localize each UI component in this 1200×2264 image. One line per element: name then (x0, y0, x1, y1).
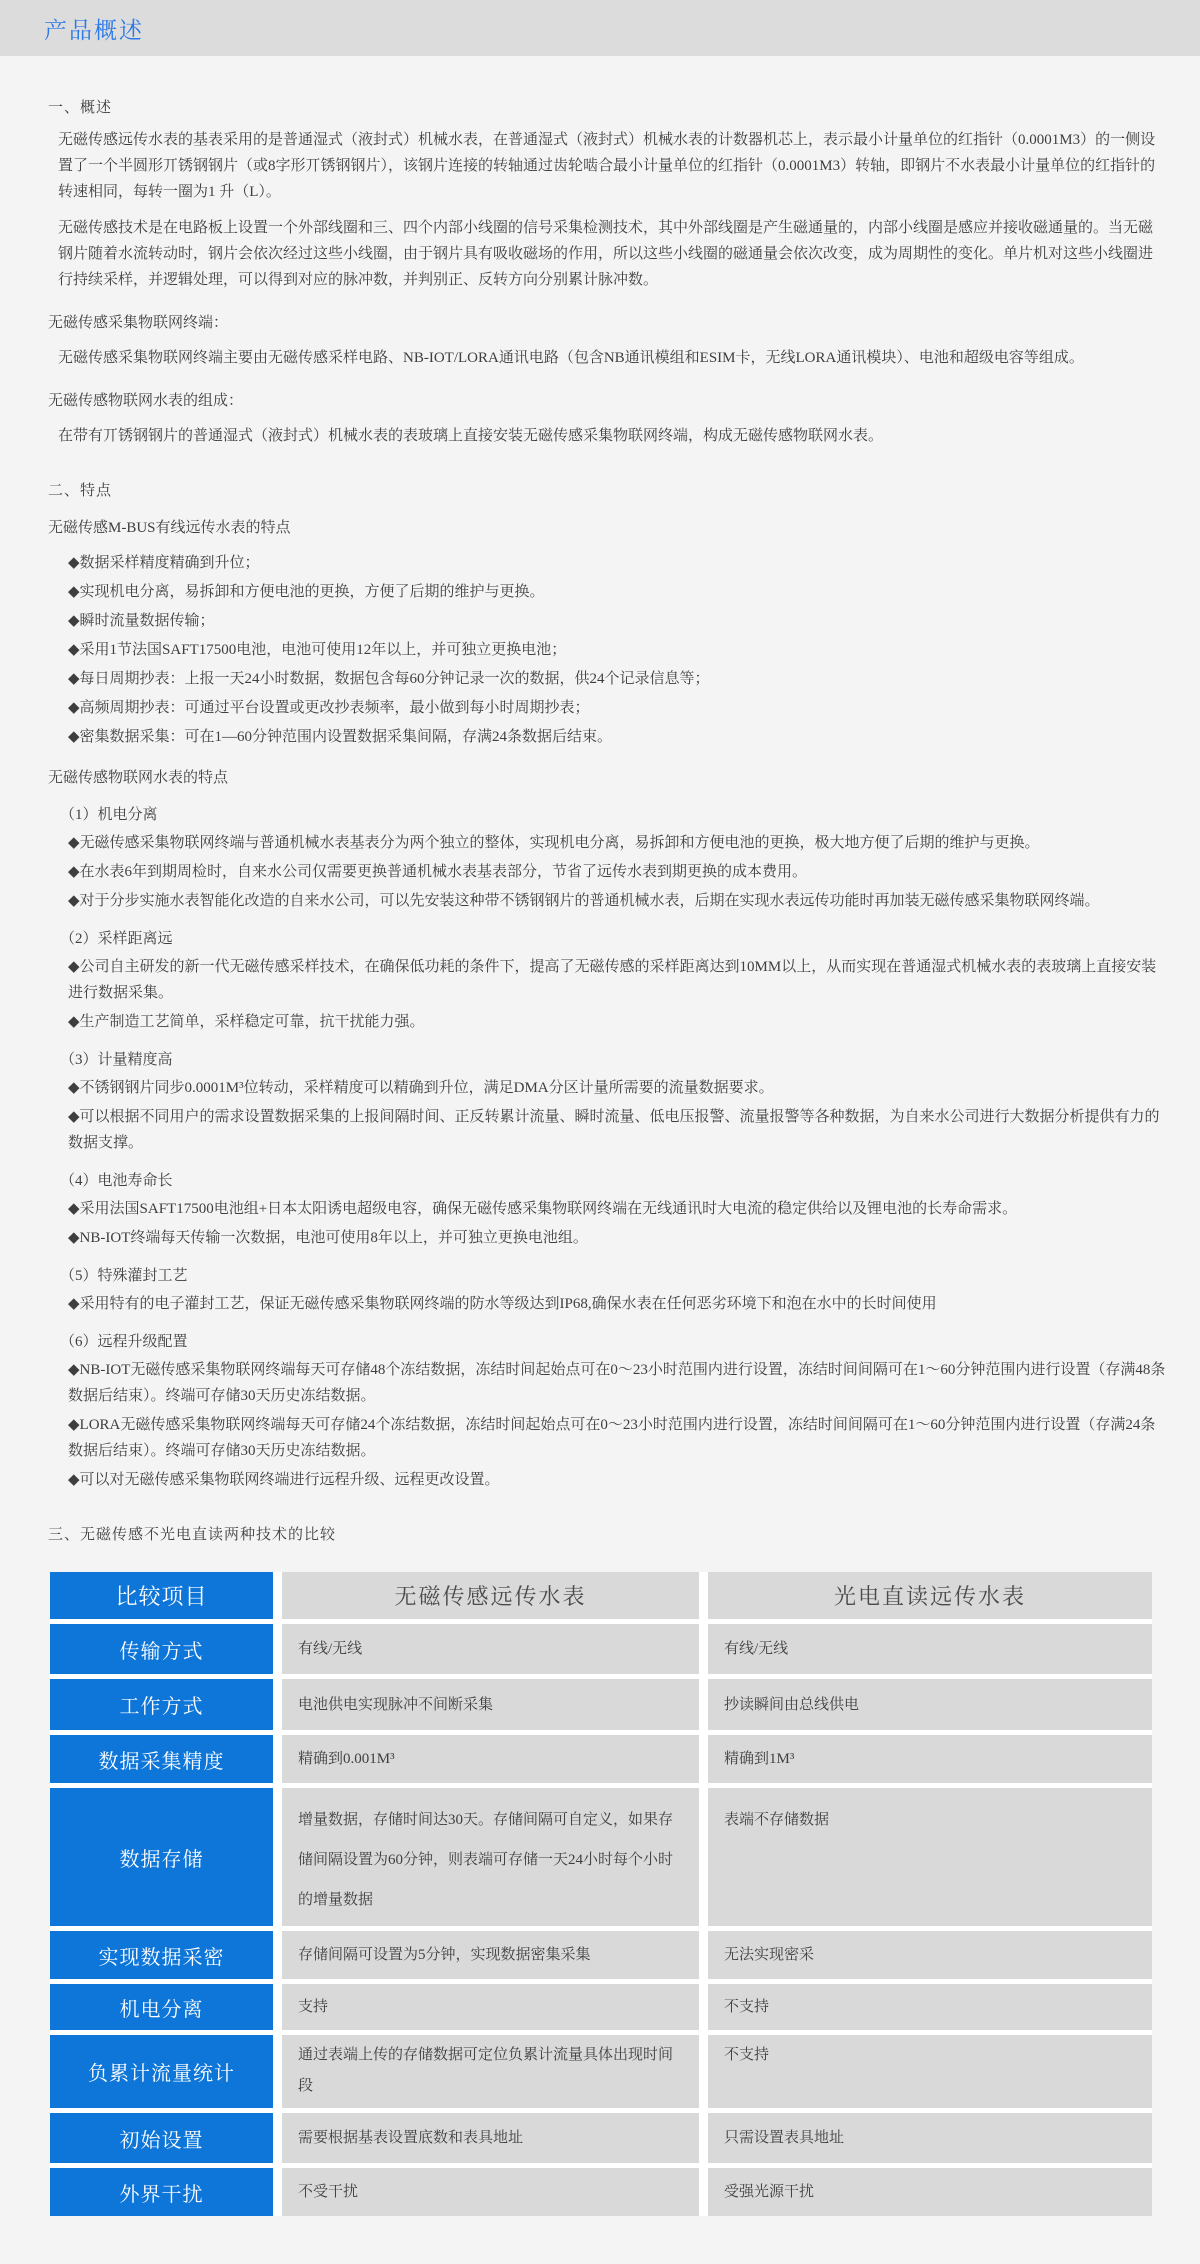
feature-bullet: ◆每日周期抄表：上报一天24小时数据，数据包含每60分钟记录一次的数据，供24个… (68, 666, 1166, 692)
row-cell-photoelectric: 抄读瞬间由总线供电 (708, 1679, 1152, 1730)
row-cell-magnetic: 支持 (282, 1984, 699, 2030)
row-cell-magnetic: 增量数据，存储时间达30天。存储间隔可自定义，如果存储间隔设置为60分钟，则表端… (282, 1788, 699, 1926)
terminal-label: 无磁传感采集物联网终端： (48, 311, 1166, 335)
iot-subtitle: 无磁传感物联网水表的特点 (48, 766, 1166, 790)
comparison-table: 比较项目 无磁传感远传水表 光电直读远传水表 传输方式 有线/无线 有线/无线 … (50, 1572, 1152, 2216)
feature-bullet: ◆密集数据采集：可在1—60分钟范围内设置数据采集间隔，存满24条数据后结束。 (68, 724, 1166, 750)
row-label: 数据采集精度 (50, 1735, 273, 1783)
mbus-subtitle: 无磁传感M-BUS有线远传水表的特点 (48, 516, 1166, 540)
row-label: 负累计流量统计 (50, 2035, 273, 2108)
table-row: 数据存储 增量数据，存储时间达30天。存储间隔可自定义，如果存储间隔设置为60分… (50, 1788, 1152, 1926)
feature-group-title: （3）计量精度高 (60, 1048, 1166, 1072)
feature-bullet: ◆高频周期抄表：可通过平台设置或更改抄表频率，最小做到每小时周期抄表； (68, 695, 1166, 721)
feature-bullet: ◆采用法国SAFT17500电池组+日本太阳诱电超级电容，确保无磁传感采集物联网… (68, 1196, 1166, 1222)
feature-group-title: （1）机电分离 (60, 803, 1166, 827)
row-cell-photoelectric: 精确到1M³ (708, 1735, 1152, 1783)
table-row: 初始设置 需要根据基表设置底数和表具地址 只需设置表具地址 (50, 2113, 1152, 2163)
feature-bullet: ◆在水表6年到期周检时，自来水公司仅需要更换普通机械水表基表部分，节省了远传水表… (68, 859, 1166, 885)
feature-group-title: （5）特殊灌封工艺 (60, 1264, 1166, 1288)
table-row: 实现数据采密 存储间隔可设置为5分钟，实现数据密集采集 无法实现密采 (50, 1931, 1152, 1979)
row-cell-photoelectric: 不支持 (708, 1984, 1152, 2030)
feature-bullet: ◆生产制造工艺简单，采样稳定可靠，抗干扰能力强。 (68, 1009, 1166, 1035)
overview-paragraph: 无磁传感技术是在电路板上设置一个外部线圈和三、四个内部小线圈的信号采集检测技术，… (58, 215, 1166, 293)
feature-bullet: ◆公司自主研发的新一代无磁传感采样技术，在确保低功耗的条件下，提高了无磁传感的采… (68, 954, 1166, 1006)
overview-paragraph: 无磁传感远传水表的基表采用的是普通湿式（液封式）机械水表，在普通湿式（液封式）机… (58, 127, 1166, 205)
table-row: 数据采集精度 精确到0.001M³ 精确到1M³ (50, 1735, 1152, 1783)
table-header-row: 比较项目 无磁传感远传水表 光电直读远传水表 (50, 1572, 1152, 1619)
composition-text: 在带有丌锈钢钢片的普通湿式（液封式）机械水表的表玻璃上直接安装无磁传感采集物联网… (58, 423, 1166, 449)
feature-group-title: （6）远程升级配置 (60, 1330, 1166, 1354)
feature-bullet: ◆数据采样精度精确到升位； (68, 550, 1166, 576)
table-row: 工作方式 电池供电实现脉冲不间断采集 抄读瞬间由总线供电 (50, 1679, 1152, 1730)
row-cell-magnetic: 需要根据基表设置底数和表具地址 (282, 2113, 699, 2163)
table-row: 传输方式 有线/无线 有线/无线 (50, 1624, 1152, 1674)
section-features: 二、特点 无磁传感M-BUS有线远传水表的特点 ◆数据采样精度精确到升位； ◆实… (48, 479, 1166, 1493)
feature-bullet: ◆采用特有的电子灌封工艺，保证无磁传感采集物联网终端的防水等级达到IP68,确保… (68, 1291, 1166, 1317)
row-cell-magnetic: 通过表端上传的存储数据可定位负累计流量具体出现时间段 (282, 2035, 699, 2108)
row-cell-photoelectric: 只需设置表具地址 (708, 2113, 1152, 2163)
feature-bullet: ◆采用1节法国SAFT17500电池，电池可使用12年以上，并可独立更换电池； (68, 637, 1166, 663)
document-body: 一、概述 无磁传感远传水表的基表采用的是普通湿式（液封式）机械水表，在普通湿式（… (0, 56, 1200, 2264)
page-header: 产品概述 (0, 0, 1200, 56)
row-cell-magnetic: 电池供电实现脉冲不间断采集 (282, 1679, 699, 1730)
row-cell-photoelectric: 不支持 (708, 2035, 1152, 2108)
feature-bullet: ◆NB-IOT终端每天传输一次数据，电池可使用8年以上，并可独立更换电池组。 (68, 1225, 1166, 1251)
table-header-photoelectric: 光电直读远传水表 (708, 1572, 1152, 1619)
table-row: 机电分离 支持 不支持 (50, 1984, 1152, 2030)
section-comparison: 三、无磁传感不光电直读两种技术的比较 比较项目 无磁传感远传水表 光电直读远传水… (48, 1523, 1166, 2216)
row-cell-magnetic: 存储间隔可设置为5分钟，实现数据密集采集 (282, 1931, 699, 1979)
row-cell-magnetic: 有线/无线 (282, 1624, 699, 1674)
row-label: 机电分离 (50, 1984, 273, 2030)
row-label: 工作方式 (50, 1679, 273, 1730)
row-label: 传输方式 (50, 1624, 273, 1674)
feature-bullet: ◆实现机电分离，易拆卸和方便电池的更换，方便了后期的维护与更换。 (68, 579, 1166, 605)
row-cell-photoelectric: 受强光源干扰 (708, 2168, 1152, 2216)
table-row: 外界干扰 不受干扰 受强光源干扰 (50, 2168, 1152, 2216)
feature-bullet: ◆可以根据不同用户的需求设置数据采集的上报间隔时间、正反转累计流量、瞬时流量、低… (68, 1104, 1166, 1156)
features-heading: 二、特点 (48, 479, 1166, 500)
row-label: 实现数据采密 (50, 1931, 273, 1979)
feature-bullet: ◆不锈钢钢片同步0.0001M³位转动，采样精度可以精确到升位，满足DMA分区计… (68, 1075, 1166, 1101)
row-cell-photoelectric: 表端不存储数据 (708, 1788, 1152, 1926)
composition-label: 无磁传感物联网水表的组成： (48, 389, 1166, 413)
feature-bullet: ◆无磁传感采集物联网终端与普通机械水表基表分为两个独立的整体，实现机电分离，易拆… (68, 830, 1166, 856)
feature-group-title: （4）电池寿命长 (60, 1169, 1166, 1193)
section-overview: 一、概述 无磁传感远传水表的基表采用的是普通湿式（液封式）机械水表，在普通湿式（… (48, 96, 1166, 449)
feature-bullet: ◆对于分步实施水表智能化改造的自来水公司，可以先安装这种带不锈钢钢片的普通机械水… (68, 888, 1166, 914)
overview-heading: 一、概述 (48, 96, 1166, 117)
row-cell-magnetic: 不受干扰 (282, 2168, 699, 2216)
table-header-compare-item: 比较项目 (50, 1572, 273, 1619)
row-cell-photoelectric: 无法实现密采 (708, 1931, 1152, 1979)
feature-bullet: ◆LORA无磁传感采集物联网终端每天可存储24个冻结数据，冻结时间起始点可在0～… (68, 1412, 1166, 1464)
row-label: 外界干扰 (50, 2168, 273, 2216)
row-cell-magnetic: 精确到0.001M³ (282, 1735, 699, 1783)
row-label: 数据存储 (50, 1788, 273, 1926)
row-label: 初始设置 (50, 2113, 273, 2163)
feature-bullet: ◆NB-IOT无磁传感采集物联网终端每天可存储48个冻结数据，冻结时间起始点可在… (68, 1357, 1166, 1409)
page-title: 产品概述 (44, 12, 144, 45)
product-overview-page: 产品概述 一、概述 无磁传感远传水表的基表采用的是普通湿式（液封式）机械水表，在… (0, 0, 1200, 2264)
feature-bullet: ◆瞬时流量数据传输； (68, 608, 1166, 634)
terminal-text: 无磁传感采集物联网终端主要由无磁传感采样电路、NB-IOT/LORA通讯电路（包… (58, 345, 1166, 371)
row-cell-photoelectric: 有线/无线 (708, 1624, 1152, 1674)
feature-group-title: （2）采样距离远 (60, 927, 1166, 951)
comparison-heading: 三、无磁传感不光电直读两种技术的比较 (48, 1523, 1166, 1544)
table-header-magnetic: 无磁传感远传水表 (282, 1572, 699, 1619)
feature-bullet: ◆可以对无磁传感采集物联网终端进行远程升级、远程更改设置。 (68, 1467, 1166, 1493)
table-row: 负累计流量统计 通过表端上传的存储数据可定位负累计流量具体出现时间段 不支持 (50, 2035, 1152, 2108)
